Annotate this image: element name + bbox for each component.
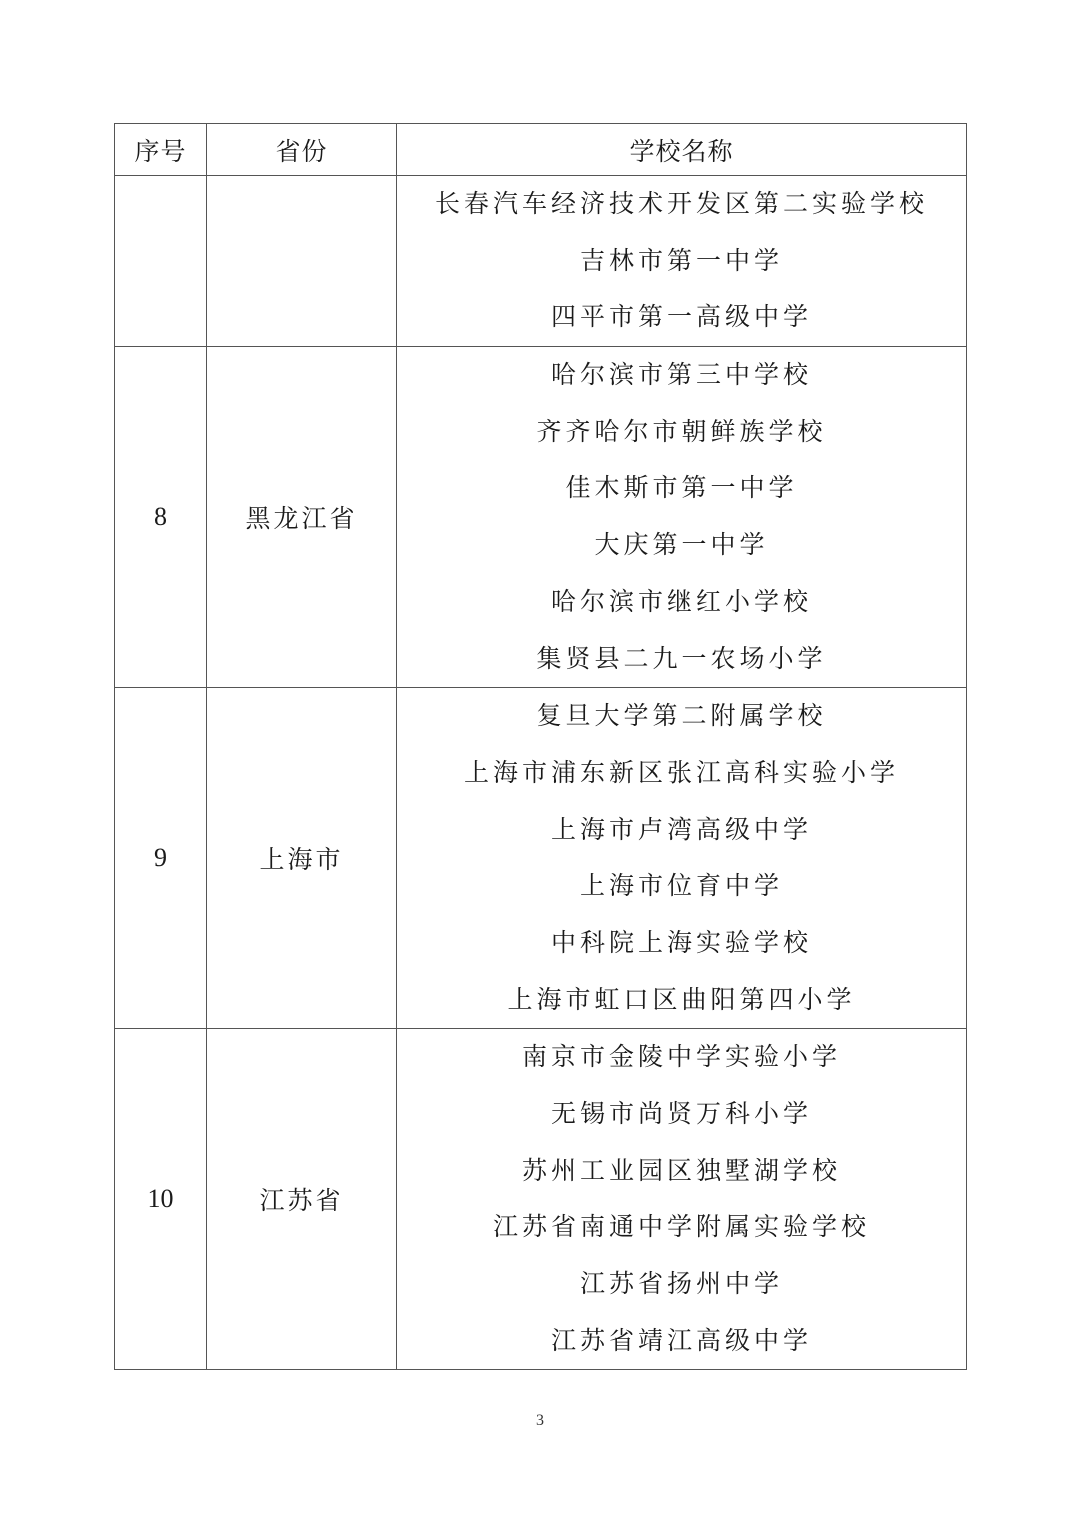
school-name: 上海市虹口区曲阳第四小学 <box>397 972 966 1029</box>
table-row: 9 上海市 复旦大学第二附属学校 上海市浦东新区张江高科实验小学 上海市卢湾高级… <box>115 688 967 1029</box>
school-name: 大庆第一中学 <box>397 517 966 574</box>
school-name: 江苏省扬州中学 <box>397 1256 966 1313</box>
school-name: 江苏省靖江高级中学 <box>397 1313 966 1370</box>
school-name: 上海市位育中学 <box>397 858 966 915</box>
school-name: 佳木斯市第一中学 <box>397 460 966 517</box>
school-name: 吉林市第一中学 <box>397 233 966 290</box>
school-names-cell: 复旦大学第二附属学校 上海市浦东新区张江高科实验小学 上海市卢湾高级中学 上海市… <box>397 688 967 1029</box>
province-cell <box>207 176 397 347</box>
school-name: 齐齐哈尔市朝鲜族学校 <box>397 404 966 461</box>
province-cell: 上海市 <box>207 688 397 1029</box>
table-row: 10 江苏省 南京市金陵中学实验小学 无锡市尚贤万科小学 苏州工业园区独墅湖学校… <box>115 1029 967 1370</box>
serial-number-cell: 10 <box>115 1029 207 1370</box>
school-list: 复旦大学第二附属学校 上海市浦东新区张江高科实验小学 上海市卢湾高级中学 上海市… <box>397 688 966 1028</box>
school-name: 苏州工业园区独墅湖学校 <box>397 1143 966 1200</box>
school-name: 中科院上海实验学校 <box>397 915 966 972</box>
school-name: 复旦大学第二附属学校 <box>397 688 966 745</box>
table-row: 长春汽车经济技术开发区第二实验学校 吉林市第一中学 四平市第一高级中学 <box>115 176 967 347</box>
school-names-cell: 哈尔滨市第三中学校 齐齐哈尔市朝鲜族学校 佳木斯市第一中学 大庆第一中学 哈尔滨… <box>397 347 967 688</box>
school-name: 哈尔滨市继红小学校 <box>397 574 966 631</box>
school-name: 南京市金陵中学实验小学 <box>397 1029 966 1086</box>
school-names-cell: 南京市金陵中学实验小学 无锡市尚贤万科小学 苏州工业园区独墅湖学校 江苏省南通中… <box>397 1029 967 1370</box>
serial-number-cell: 8 <box>115 347 207 688</box>
serial-number-cell <box>115 176 207 347</box>
school-name: 哈尔滨市第三中学校 <box>397 347 966 404</box>
school-name: 无锡市尚贤万科小学 <box>397 1086 966 1143</box>
table-header-row: 序号 省份 学校名称 <box>115 124 967 176</box>
table-row: 8 黑龙江省 哈尔滨市第三中学校 齐齐哈尔市朝鲜族学校 佳木斯市第一中学 大庆第… <box>115 347 967 688</box>
school-name: 上海市卢湾高级中学 <box>397 802 966 859</box>
province-cell: 江苏省 <box>207 1029 397 1370</box>
school-list: 南京市金陵中学实验小学 无锡市尚贤万科小学 苏州工业园区独墅湖学校 江苏省南通中… <box>397 1029 966 1369</box>
school-names-cell: 长春汽车经济技术开发区第二实验学校 吉林市第一中学 四平市第一高级中学 <box>397 176 967 347</box>
school-list: 长春汽车经济技术开发区第二实验学校 吉林市第一中学 四平市第一高级中学 <box>397 176 966 346</box>
serial-number-cell: 9 <box>115 688 207 1029</box>
header-province: 省份 <box>207 124 397 176</box>
school-list: 哈尔滨市第三中学校 齐齐哈尔市朝鲜族学校 佳木斯市第一中学 大庆第一中学 哈尔滨… <box>397 347 966 687</box>
province-cell: 黑龙江省 <box>207 347 397 688</box>
school-name: 江苏省南通中学附属实验学校 <box>397 1199 966 1256</box>
school-list-table: 序号 省份 学校名称 长春汽车经济技术开发区第二实验学校 吉林市第一中学 四平市… <box>114 123 967 1370</box>
school-name: 四平市第一高级中学 <box>397 289 966 346</box>
header-serial-number: 序号 <box>115 124 207 176</box>
school-name: 集贤县二九一农场小学 <box>397 631 966 688</box>
school-name: 长春汽车经济技术开发区第二实验学校 <box>397 176 966 233</box>
school-name: 上海市浦东新区张江高科实验小学 <box>397 745 966 802</box>
header-school-name: 学校名称 <box>397 124 967 176</box>
page-number: 3 <box>0 1412 1080 1430</box>
